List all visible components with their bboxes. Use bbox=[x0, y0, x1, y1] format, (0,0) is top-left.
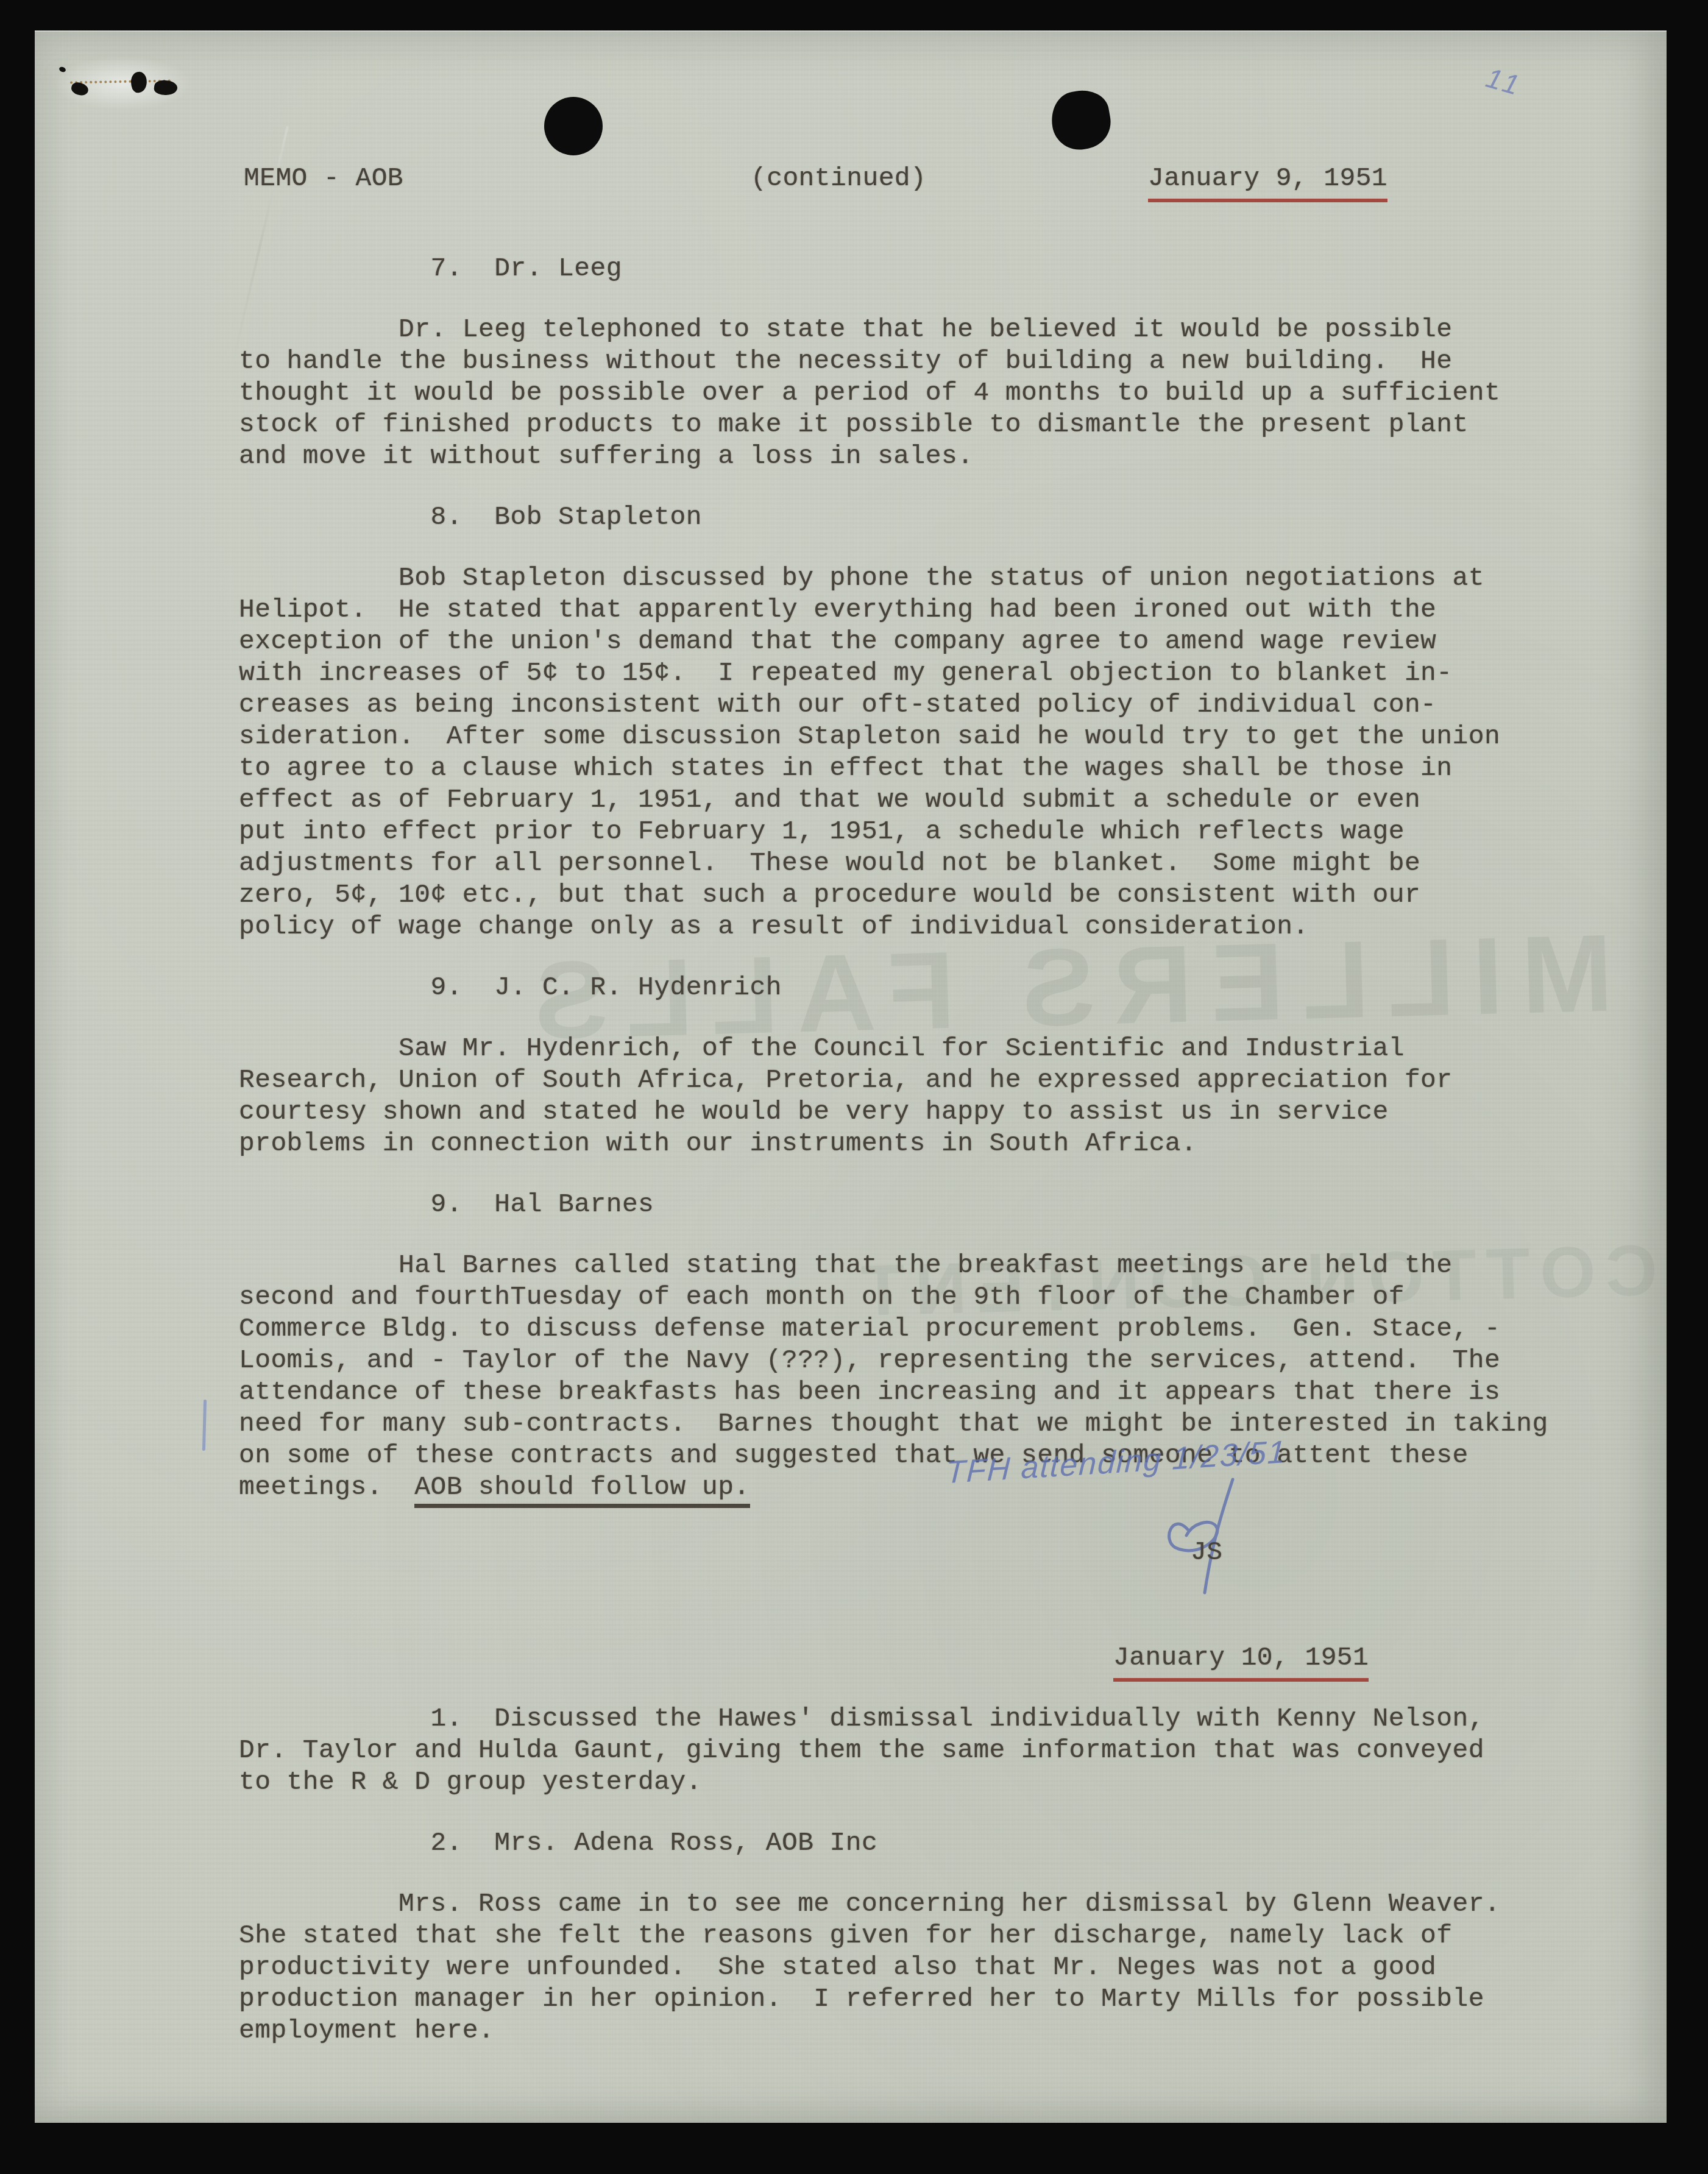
typed-line: adjustments for all personnel. These wou… bbox=[239, 848, 1622, 879]
typed-line: production manager in her opinion. I ref… bbox=[239, 1983, 1622, 2015]
memo-item-heading: 9. J. C. R. Hydenrich bbox=[239, 972, 1622, 1004]
typed-line: policy of wage change only as a result o… bbox=[239, 911, 1622, 943]
date-heading-jan10-row: January 10, 1951 bbox=[239, 1642, 1622, 1674]
memo-page: 11 MILLERS FALLS COTTON CONTENT MEMO - A… bbox=[35, 30, 1667, 2123]
typed-line: with increases of 5¢ to 15¢. I repeated … bbox=[239, 657, 1622, 689]
hole-punch-left bbox=[544, 97, 603, 155]
date-heading-jan9: January 9, 1951 bbox=[1148, 163, 1387, 202]
typed-line: creases as being inconsistent with our o… bbox=[239, 689, 1622, 721]
typed-line: sideration. After some discussion Staple… bbox=[239, 721, 1622, 752]
memo-paragraph: 1. Discussed the Hawes' dismissal indivi… bbox=[239, 1703, 1622, 1798]
typed-line-prefix: meetings. bbox=[239, 1472, 414, 1502]
memo-item-heading: 2. Mrs. Adena Ross, AOB Inc bbox=[239, 1827, 1622, 1859]
typed-line: need for many sub-contracts. Barnes thou… bbox=[239, 1408, 1622, 1440]
typed-line: exception of the union's demand that the… bbox=[239, 626, 1622, 657]
typed-line: Loomis, and - Taylor of the Navy (???), … bbox=[239, 1345, 1622, 1376]
typed-line: put into effect prior to February 1, 195… bbox=[239, 816, 1622, 848]
typed-line: stock of finished products to make it po… bbox=[239, 409, 1622, 441]
memo-item-heading: 8. Bob Stapleton bbox=[239, 501, 1622, 533]
typed-line: Research, Union of South Africa, Pretori… bbox=[239, 1064, 1622, 1096]
typed-line: effect as of February 1, 1951, and that … bbox=[239, 784, 1622, 816]
signature-typed-initials: JS bbox=[1191, 1537, 1222, 1568]
scan-background: { "colors": { "paper": "#c6cabf", "ink":… bbox=[0, 0, 1708, 2174]
typed-line: to handle the business without the neces… bbox=[239, 345, 1622, 377]
typed-line: thought it would be possible over a peri… bbox=[239, 377, 1622, 409]
hole-punch-right bbox=[1047, 86, 1114, 154]
typed-line: Commerce Bldg. to discuss defense materi… bbox=[239, 1313, 1622, 1345]
typed-body: 7. Dr. Leeg Dr. Leeg telephoned to state… bbox=[239, 253, 1622, 2047]
margin-tick-mark bbox=[202, 1400, 207, 1451]
pencil-page-mark: 11 bbox=[1483, 61, 1526, 102]
continued-label: (continued) bbox=[751, 163, 926, 194]
typed-line: attendance of these breakfasts has been … bbox=[239, 1376, 1622, 1408]
typed-line-with-underline: meetings. AOB should follow up. bbox=[239, 1471, 1622, 1503]
memo-paragraph: Bob Stapleton discussed by phone the sta… bbox=[239, 562, 1622, 943]
memo-item-heading: 9. Hal Barnes bbox=[239, 1189, 1622, 1220]
typed-line: 1. Discussed the Hawes' dismissal indivi… bbox=[239, 1703, 1622, 1735]
typed-line: and move it without suffering a loss in … bbox=[239, 441, 1622, 472]
typed-line: productivity were unfounded. She stated … bbox=[239, 1952, 1622, 1983]
typed-line: employment here. bbox=[239, 2015, 1622, 2047]
memo-header: MEMO - AOB (continued) January 9, 1951 bbox=[35, 163, 1667, 194]
memo-paragraph: Hal Barnes called stating that the break… bbox=[239, 1250, 1622, 1471]
typed-line: Dr. Taylor and Hulda Gaunt, giving them … bbox=[239, 1735, 1622, 1766]
typed-line: second and fourthTuesday of each month o… bbox=[239, 1281, 1622, 1313]
signature-area: JS bbox=[239, 1503, 1622, 1613]
typed-line: Hal Barnes called stating that the break… bbox=[239, 1250, 1622, 1281]
date-heading-jan10: January 10, 1951 bbox=[1113, 1642, 1369, 1682]
typed-line: Saw Mr. Hydenrich, of the Council for Sc… bbox=[239, 1033, 1622, 1064]
typed-line: Dr. Leeg telephoned to state that he bel… bbox=[239, 314, 1622, 345]
memo-paragraph: Saw Mr. Hydenrich, of the Council for Sc… bbox=[239, 1033, 1622, 1160]
typed-line: courtesy shown and stated he would be ve… bbox=[239, 1096, 1622, 1128]
typed-line: Bob Stapleton discussed by phone the sta… bbox=[239, 562, 1622, 594]
typed-line: She stated that she felt the reasons giv… bbox=[239, 1920, 1622, 1952]
memo-title: MEMO - AOB bbox=[244, 163, 403, 194]
typed-line: to the R & D group yesterday. bbox=[239, 1766, 1622, 1798]
typed-line: to agree to a clause which states in eff… bbox=[239, 752, 1622, 784]
memo-paragraph: Mrs. Ross came in to see me concerning h… bbox=[239, 1888, 1622, 2047]
typed-line: Mrs. Ross came in to see me concerning h… bbox=[239, 1888, 1622, 1920]
memo-paragraph: Dr. Leeg telephoned to state that he bel… bbox=[239, 314, 1622, 472]
typed-line: on some of these contracts and suggested… bbox=[239, 1440, 1622, 1471]
memo-item-heading: 7. Dr. Leeg bbox=[239, 253, 1622, 285]
typed-line: Helipot. He stated that apparently every… bbox=[239, 594, 1622, 626]
typed-line: problems in connection with our instrume… bbox=[239, 1128, 1622, 1160]
typed-line: zero, 5¢, 10¢ etc., but that such a proc… bbox=[239, 879, 1622, 911]
